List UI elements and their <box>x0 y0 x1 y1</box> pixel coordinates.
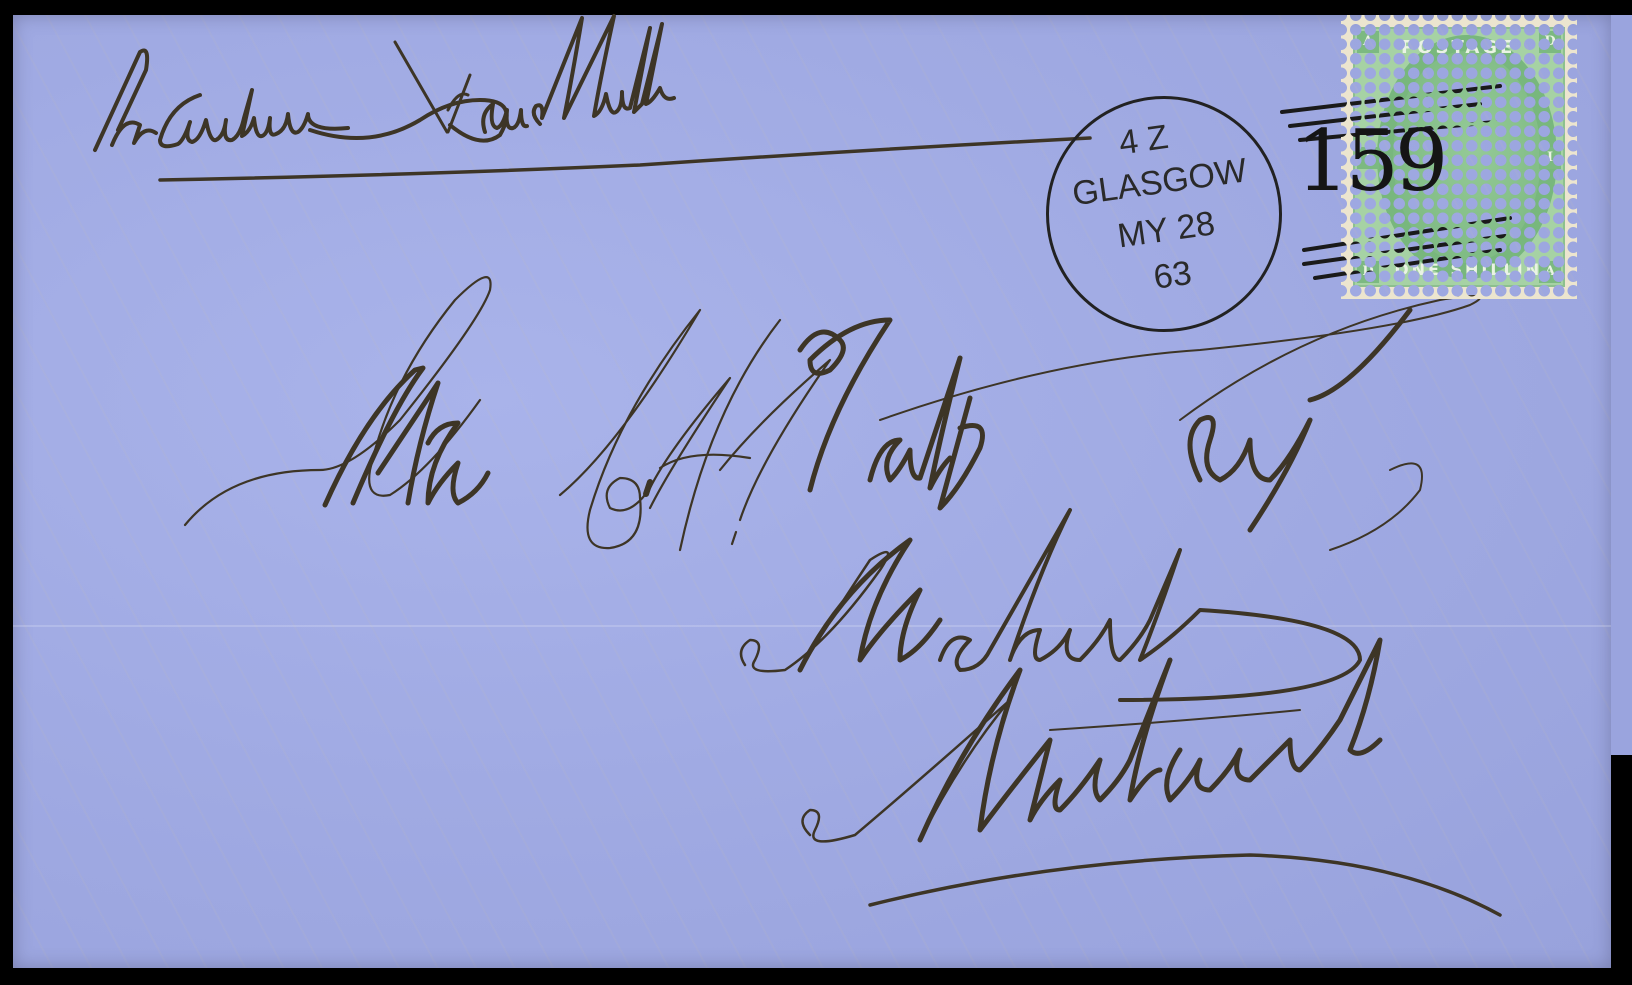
stamp-corner-bottom-left: D <box>1357 261 1379 283</box>
stamp-corner-mid-right: I <box>1539 147 1561 169</box>
address-line-2-script <box>741 510 1360 700</box>
endorsement-script <box>95 16 1090 180</box>
stamp-top-text: POSTAGE <box>1401 37 1515 58</box>
address-line-3-script <box>803 640 1501 915</box>
stamp-corner-bottom-right: A <box>1539 261 1561 283</box>
stamp-corner-top-right: D <box>1539 31 1561 53</box>
address-line-1-script <box>185 277 1480 550</box>
stamp-corner-top-left: A <box>1357 31 1379 53</box>
stamp-bottom-text: ONE SHILLING <box>1395 260 1558 279</box>
numeral-cancel: 159 <box>1296 112 1444 210</box>
